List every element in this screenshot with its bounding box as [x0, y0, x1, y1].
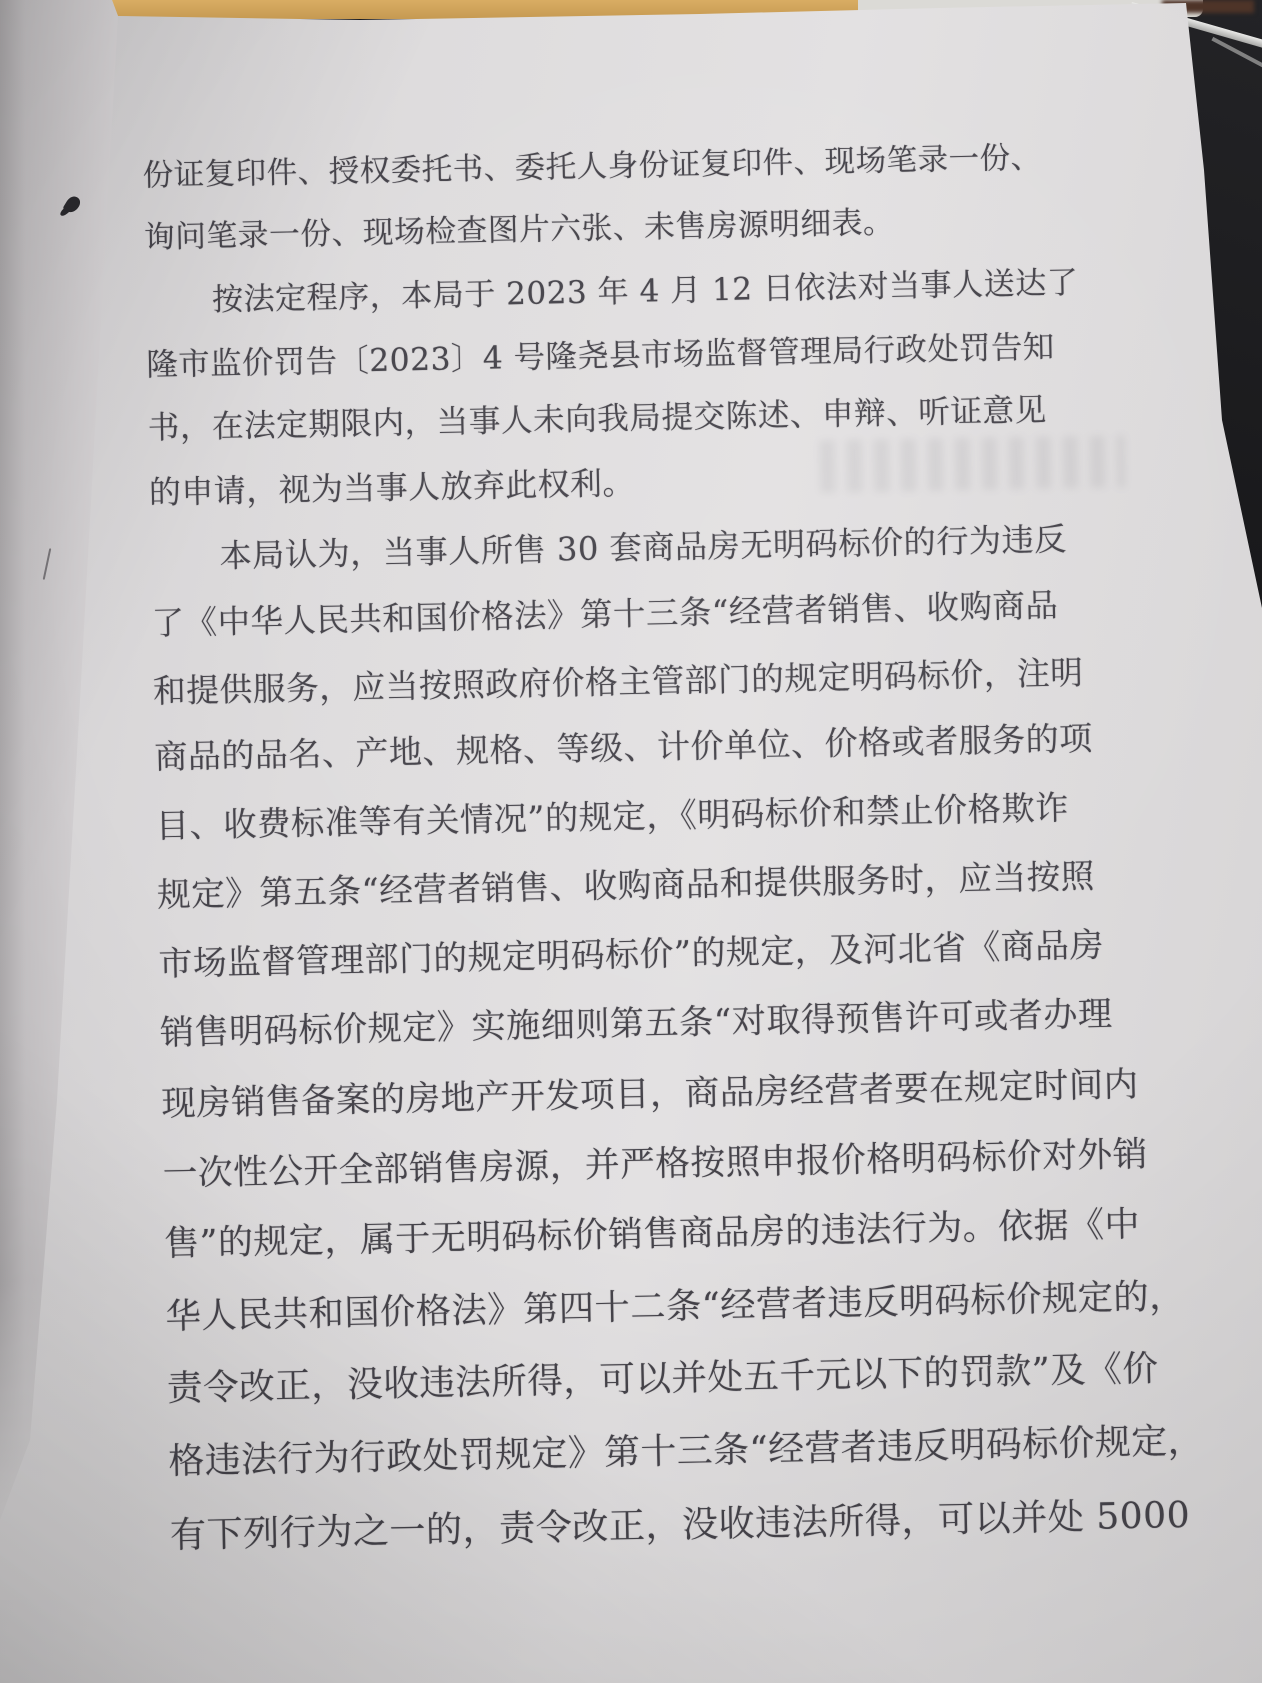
- document-line: 市场监督管理部门的规定明码标价”的规定，及河北省《商品房: [158, 917, 1104, 985]
- document-line: 的申请，视为当事人放弃此权利。: [149, 458, 636, 514]
- document-line: 书，在法定期限内，当事人未向我局提交陈述、申辩、听证意见: [147, 385, 1047, 448]
- document-line: 目、收费标准等有关情况”的规定，《明码标价和禁止价格欺诈: [155, 781, 1069, 847]
- document-line: 隆市监价罚告〔2023〕4 号隆尧县市场监督管理局行政处罚告知: [146, 321, 1055, 384]
- document-line: 本局认为，当事人所售 30 套商品房无明码标价的行为违反: [150, 515, 1067, 579]
- document-line: 华人民共和国价格法》第四十二条“经营者违反明码标价规定的，: [165, 1268, 1185, 1339]
- document-line: 询问笔录一份、现场检查图片六张、未售房源明细表。: [143, 198, 894, 257]
- page-stack-fade: [0, 1280, 120, 1600]
- photographed-document: 份证复印件、授权委托书、委托人身份证复印件、现场笔录一份、询问笔录一份、现场检查…: [0, 0, 1262, 1683]
- document-page: 份证复印件、授权委托书、委托人身份证复印件、现场笔录一份、询问笔录一份、现场检查…: [0, 0, 1262, 1683]
- document-line: 现房销售备案的房地产开发项目，商品房经营者要在规定时间内: [161, 1056, 1139, 1126]
- document-line: 了《中华人民共和国价格法》第十三条“经营者销售、收购商品: [151, 581, 1059, 645]
- document-line: 责令改正，没收违法所得，可以并处五千元以下的罚款”及《价: [166, 1340, 1158, 1411]
- document-text-block: 份证复印件、授权委托书、委托人身份证复印件、现场笔录一份、询问笔录一份、现场检查…: [139, 0, 1200, 1560]
- document-line: 和提供服务，应当按照政府价格主管部门的规定明码标价，注明: [153, 646, 1084, 712]
- document-line: 规定》第五条“经营者销售、收购商品和提供服务时，应当按照: [157, 849, 1096, 917]
- document-line: 售”的规定，属于无明码标价销售商品房的违法行为。依据《中: [164, 1197, 1141, 1267]
- document-line: 格违法行为行政处罚规定》第十三条“经营者违反明码标价规定，: [168, 1412, 1204, 1484]
- document-line: 有下列行为之一的，责令改正，没收违法所得，可以并处 5000: [169, 1486, 1190, 1558]
- document-line: 按法定程序，本局于 2023 年 4 月 12 日依法对当事人送达了: [145, 257, 1079, 321]
- document-line: 份证复印件、授权委托书、委托人身份证复印件、现场笔录一份、: [142, 133, 1042, 195]
- document-line: 商品的品名、产地、规格、等级、计价单位、价格或者服务的项: [154, 713, 1093, 779]
- document-line: 一次性公开全部销售房源，并严格按照申报价格明码标价对外销: [162, 1126, 1148, 1196]
- document-line: 销售明码标价规定》实施细则第五条“对取得预售许可或者办理: [159, 986, 1113, 1054]
